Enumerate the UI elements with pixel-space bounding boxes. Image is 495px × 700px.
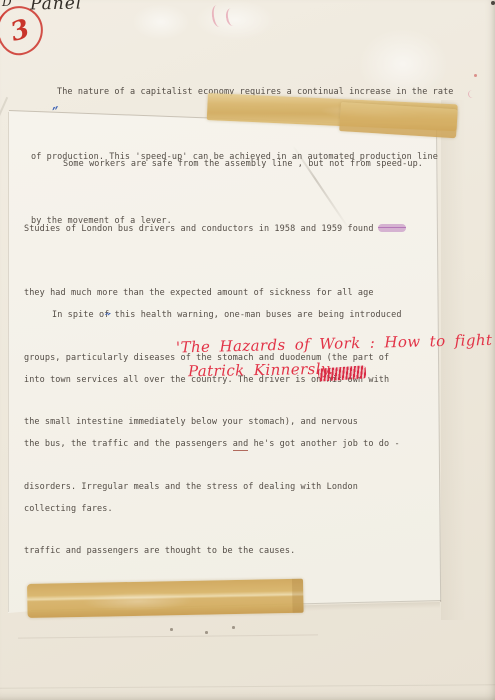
handwriting-fragment: D	[2, 0, 12, 9]
paper-speck	[205, 631, 208, 634]
tape-sheen	[82, 591, 193, 612]
typed-line-text: he's got another job to do -	[248, 439, 399, 449]
underlined-word: and	[233, 439, 249, 451]
typed-paragraph-3: In spite of this health warning, one-man…	[24, 262, 402, 563]
blue-close-quote-mark: ″	[101, 311, 110, 327]
typed-line: collecting fares.	[24, 499, 402, 521]
sheet-edge-left	[8, 112, 9, 612]
typed-line: Studies of London bus drivers and conduc…	[24, 219, 423, 241]
tape-strip-bottom	[27, 579, 304, 618]
typed-line: In spite of this health warning, one-man…	[24, 305, 402, 327]
faded-pink-mark	[467, 89, 477, 98]
paper-speck	[170, 628, 173, 631]
typed-line: Some workers are safe from the assembly …	[24, 154, 423, 176]
typed-line: the bus, the traffic and the passengers …	[24, 434, 402, 456]
top-handwritten-note: Panel	[30, 0, 83, 14]
paper-speck	[491, 1, 495, 5]
crossed-out-word-smudge	[378, 224, 406, 232]
typed-line-text: the bus, the traffic and the passengers	[24, 439, 233, 449]
scanned-document-page: The nature of a capitalist economy requi…	[0, 0, 495, 700]
paper-light-patch	[132, 4, 190, 40]
paper-speck	[474, 74, 477, 77]
typed-line-text: Studies of London bus drivers and conduc…	[24, 224, 374, 234]
paper-crease-foot	[0, 684, 495, 688]
paper-crease-bottom	[18, 634, 318, 638]
paper-crease-topleft	[0, 97, 8, 121]
red-citation-line-2: Patrick Kinnersly.	[188, 360, 333, 381]
paper-speck	[232, 626, 235, 629]
